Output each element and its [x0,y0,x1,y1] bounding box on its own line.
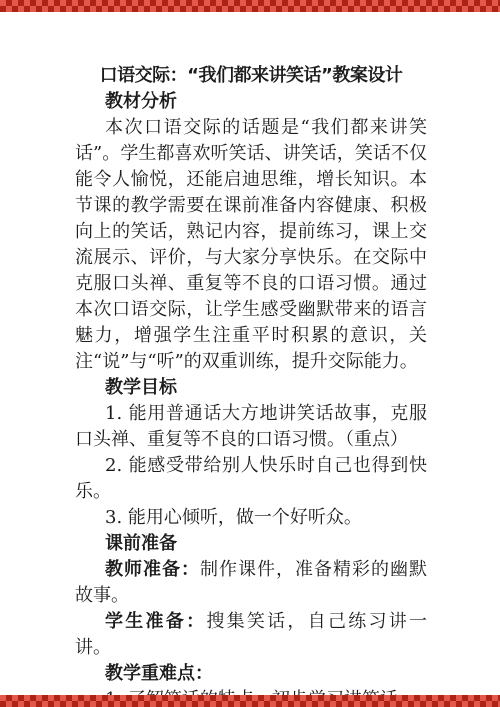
material-analysis-paragraph: 本次口语交际的话题是“我们都来讲笑话”。学生都喜欢听笑话、讲笑话，笑话不仅能令人… [75,115,427,375]
goal-item-3: 3. 能用心倾听，做一个好听众。 [75,505,427,531]
teacher-prep-label: 教师准备： [105,559,200,580]
goal-item-1: 1. 能用普通话大方地讲笑话故事，克服口头禅、重复等不良的口语习惯。（重点） [75,401,427,453]
student-prep-label: 学生准备： [105,611,206,632]
goal-item-2: 2. 能感受带给别人快乐时自己也得到快乐。 [75,453,427,505]
heading-key-points: 教学重难点： [75,661,427,687]
top-border-pattern [0,0,500,12]
doc-title: 口语交际：“我们都来讲笑话”教案设计 [75,63,427,89]
heading-preparation: 课前准备 [75,531,427,557]
heading-teaching-goals: 教学目标 [75,375,427,401]
heading-material-analysis: 教材分析 [75,89,427,115]
bottom-border-pattern [0,695,500,707]
teacher-preparation-line: 教师准备：制作课件，准备精彩的幽默故事。 [75,557,427,609]
document-content: 口语交际：“我们都来讲笑话”教案设计 教材分析 本次口语交际的话题是“我们都来讲… [75,12,427,707]
document-page: 口语交际：“我们都来讲笑话”教案设计 教材分析 本次口语交际的话题是“我们都来讲… [0,0,500,707]
student-preparation-line: 学生准备：搜集笑话，自己练习讲一讲。 [75,609,427,661]
